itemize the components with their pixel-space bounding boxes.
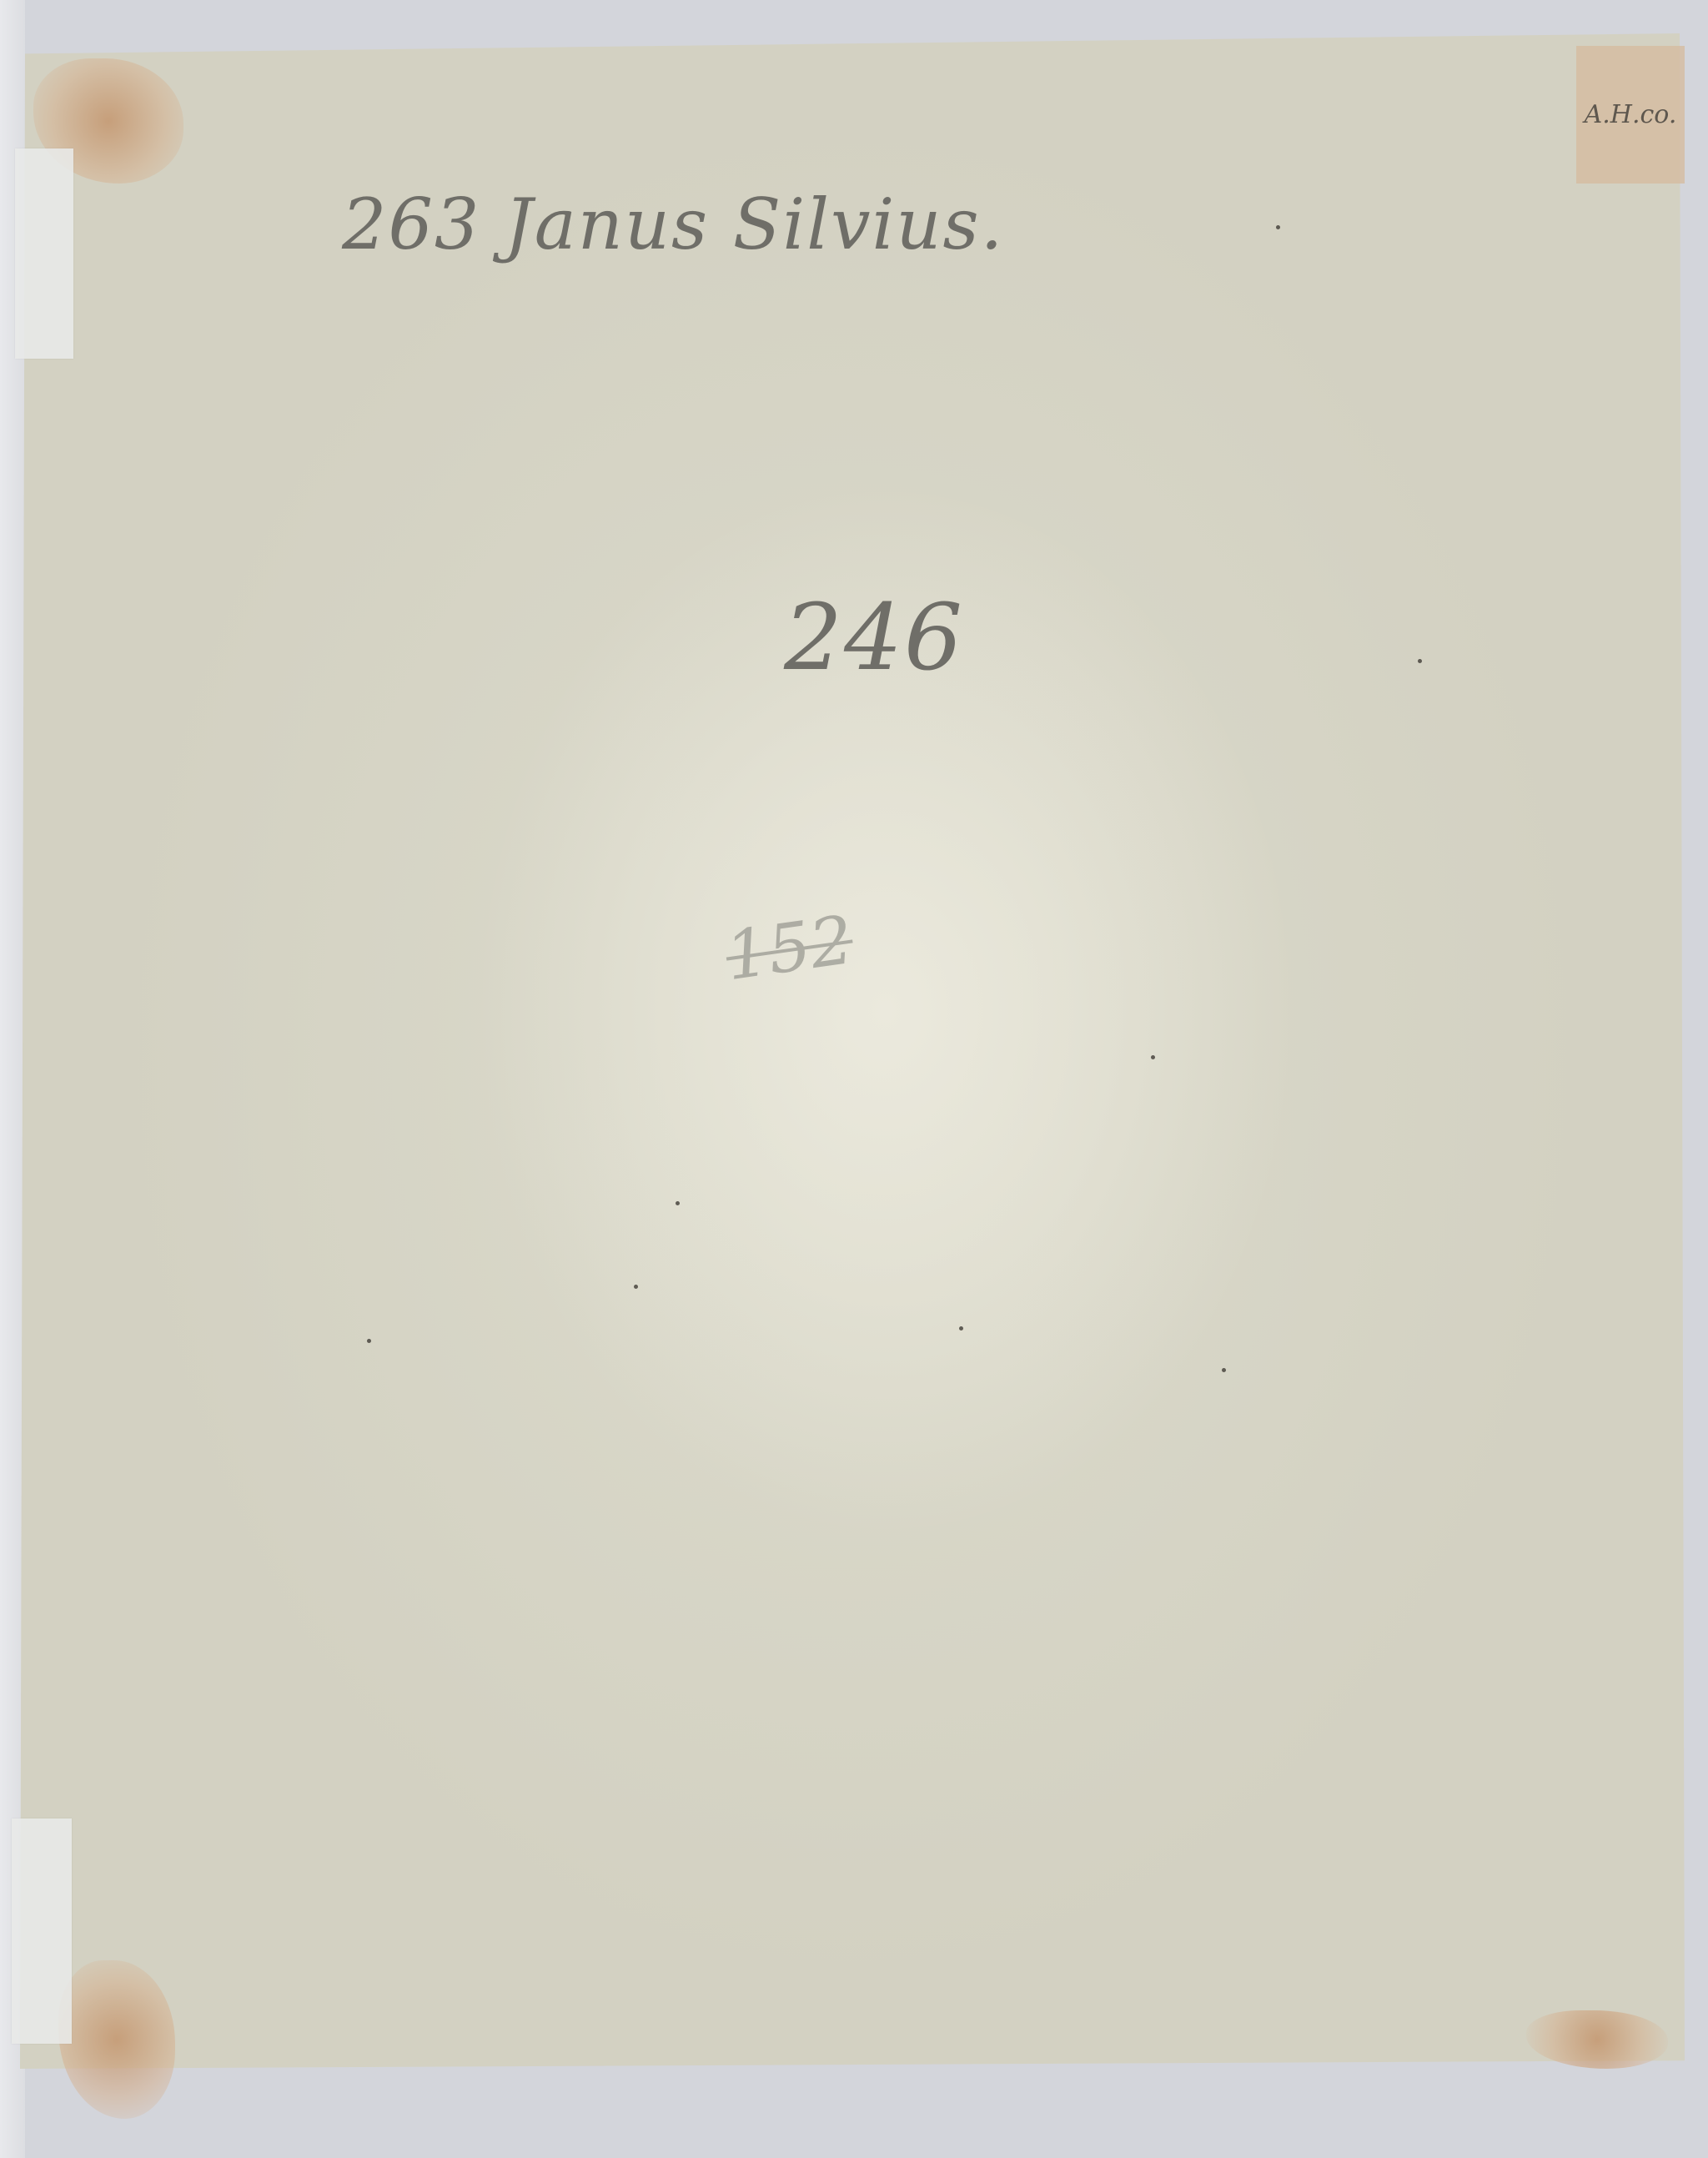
speck	[1276, 225, 1280, 229]
speck	[1151, 1055, 1155, 1059]
speck	[367, 1339, 371, 1343]
speck	[1222, 1368, 1226, 1372]
hinge-tape-top	[15, 148, 73, 359]
hinge-tape-bottom	[12, 1818, 72, 2044]
speck	[959, 1326, 963, 1331]
speck	[1418, 659, 1422, 663]
speck	[634, 1285, 638, 1289]
speck	[676, 1201, 680, 1205]
corner-label-text: A.H.co.	[1585, 100, 1677, 129]
inventory-number: 246	[784, 584, 964, 691]
corner-label-tab: A.H.co.	[1576, 46, 1685, 184]
paper-sheet	[20, 33, 1685, 2069]
title-inscription: 263 Janus Silvius.	[342, 184, 1004, 265]
